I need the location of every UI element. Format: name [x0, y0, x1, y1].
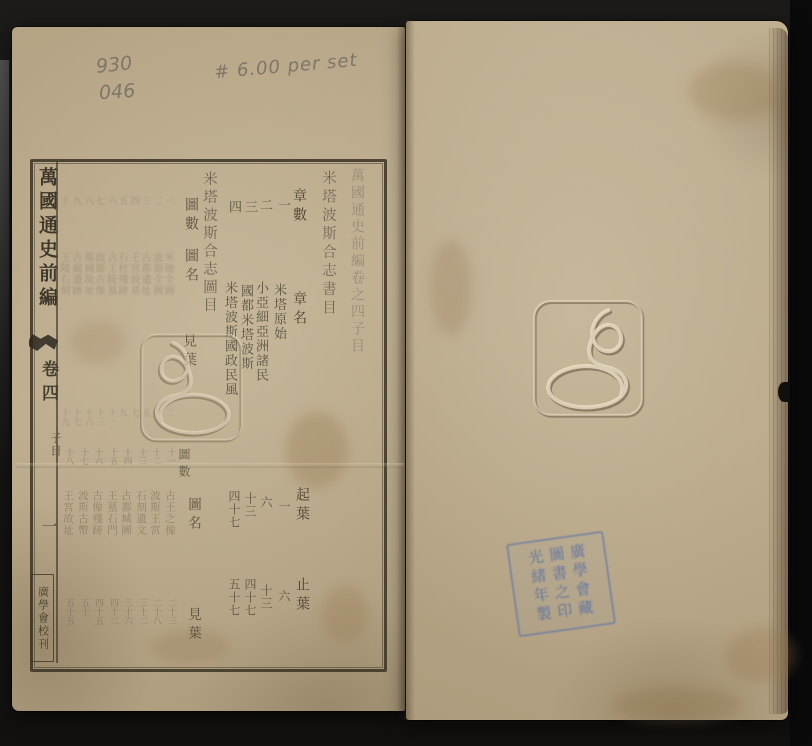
chapter-1-number: 一: [273, 198, 292, 214]
paper-stain: [430, 240, 472, 336]
col-header-chapter-name: 章名: [289, 291, 309, 329]
chapter-2-end-page: 十三: [258, 584, 275, 610]
figure-entry-no: 十一: [165, 448, 177, 465]
figure-entry-page: 四十二: [107, 598, 120, 625]
margin-folio-number: 一: [37, 518, 60, 534]
figure-entry-name: 波斯古幣: [76, 490, 91, 536]
figure-entry-name: 王宮故址: [61, 490, 76, 536]
pencil-call-number-line2: 046: [98, 80, 136, 104]
figure-entry-name: 古王之像: [163, 490, 178, 536]
col-header-start-page: 起葉: [292, 487, 312, 525]
figure-entry-page: 四十五: [92, 598, 105, 625]
figure-entry-page: 十七: [70, 408, 83, 426]
figure-entry-page: 五十: [78, 598, 91, 616]
chapter-1-start-page: 一: [276, 500, 293, 513]
figure-entry-no: 十: [58, 196, 71, 205]
margin-volume: 卷四: [36, 360, 61, 408]
figure-entry-no: 四: [128, 196, 141, 205]
figure-entry-no: 六: [105, 196, 118, 205]
figure-entry-page: 二十八: [150, 598, 163, 625]
col-header-end-page: 止葉: [292, 577, 312, 615]
page-edge-notch: [778, 382, 790, 402]
col-header-figure-name-band2: 圖名: [183, 497, 203, 534]
figure-entry-no: 十六: [92, 448, 104, 465]
figure-entry-no: 十七: [78, 448, 90, 465]
backdrop-right-strip: [790, 0, 812, 746]
publisher-imprint: 廣學會校刊: [35, 586, 51, 651]
figure-entry-name: 王陵石刻: [56, 252, 71, 296]
publisher-imprint-box: 廣學會校刊: [31, 574, 54, 662]
figure-entry-no: 十三: [136, 448, 148, 465]
col-header-figure-no-band2: 圖數: [176, 448, 193, 482]
col-header-figure-no-band1: 圖數: [181, 197, 201, 235]
photographed-book-spread: 930 046 # 6.00 per set 萬國通史前編 卷四 子目 一 廣學…: [0, 0, 812, 746]
figure-entry-name: 波斯王宮: [148, 490, 163, 536]
chapter-list-title: 米塔波斯合志書目: [318, 170, 339, 318]
figure-entry-page: 二十三: [165, 598, 178, 625]
toc-outer-title: 萬國通史前編卷之四子目: [347, 168, 367, 355]
pencil-call-number-line1: 930: [95, 52, 133, 78]
figure-list-title: 米塔波斯合志圖目: [199, 171, 220, 315]
figure-entry-name: 石刻遺文: [134, 490, 149, 536]
figure-entry-name: 古都城圖: [119, 490, 134, 536]
margin-volume-note: 子目: [47, 432, 63, 458]
figure-entry-no: 九: [70, 196, 83, 205]
library-seal-stamp: 廣學會藏 圖書之印 光緒年製: [506, 531, 616, 638]
chapter-2-start-page: 六: [258, 496, 275, 509]
figure-entry-no: 十八: [63, 448, 75, 465]
figure-entry-no: 八: [82, 196, 95, 205]
book-gutter: [397, 20, 415, 720]
chapter-4-number: 四: [224, 200, 243, 216]
figure-entry-no: 十五: [107, 448, 119, 465]
col-header-chapter-no: 章數: [289, 188, 309, 226]
figure-entry-name: 古像殘跡: [90, 490, 105, 536]
figure-entry-no: 十四: [121, 448, 133, 465]
figure-entry-no: 十二: [150, 448, 162, 465]
figure-entry-page: 十九: [58, 408, 71, 426]
figure-entry-no: 二: [151, 196, 164, 205]
paper-stain: [612, 688, 742, 722]
figure-entry-page: 五十五: [63, 598, 76, 625]
figure-entry-page: 十六: [82, 408, 95, 426]
figure-entry-page: 十一: [105, 408, 118, 426]
embossed-stamp-impression-left: [133, 328, 251, 450]
chapter-3-end-page: 四十七: [242, 578, 259, 617]
backdrop-left-edge: [0, 60, 9, 480]
embossed-stamp-right: [527, 294, 649, 426]
page-stack-edge: [769, 28, 788, 714]
col-header-figure-name-band1: 圖名: [181, 248, 201, 286]
paper-stain: [726, 628, 796, 682]
figure-entry-name: 王墓石門: [105, 490, 120, 536]
col-header-figure-page-band2: 見葉: [183, 607, 203, 644]
chapter-3-start-page: 十三: [242, 492, 259, 518]
figure-entry-page: 三十六: [121, 598, 134, 625]
chapter-1-end-page: 六: [276, 590, 293, 603]
chapter-4-end-page: 五十七: [226, 578, 243, 617]
chapter-1-name: 米塔原始: [269, 283, 288, 341]
figure-entry-page: 三十二: [136, 598, 149, 625]
chapter-4-start-page: 四十七: [226, 490, 243, 529]
paper-stain: [688, 62, 780, 120]
